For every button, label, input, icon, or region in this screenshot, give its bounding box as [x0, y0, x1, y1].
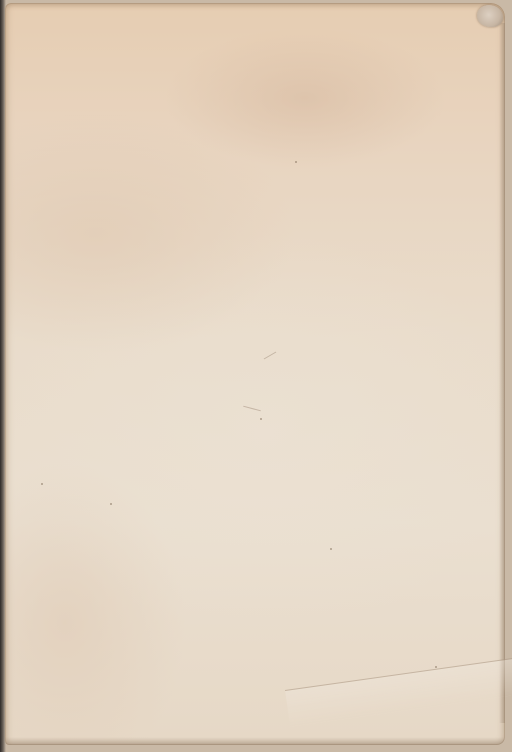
page-content-area [5, 3, 505, 745]
paper-speck [41, 483, 43, 485]
paper-speck [295, 161, 297, 163]
page-right-edge [499, 23, 505, 723]
paper-speck [435, 666, 437, 668]
torn-corner [477, 5, 503, 27]
paper-speck [330, 548, 332, 550]
paper-speck [110, 503, 112, 505]
blank-paper-page [5, 3, 505, 745]
paper-speck [260, 418, 262, 420]
page-bottom-edge [5, 737, 505, 745]
